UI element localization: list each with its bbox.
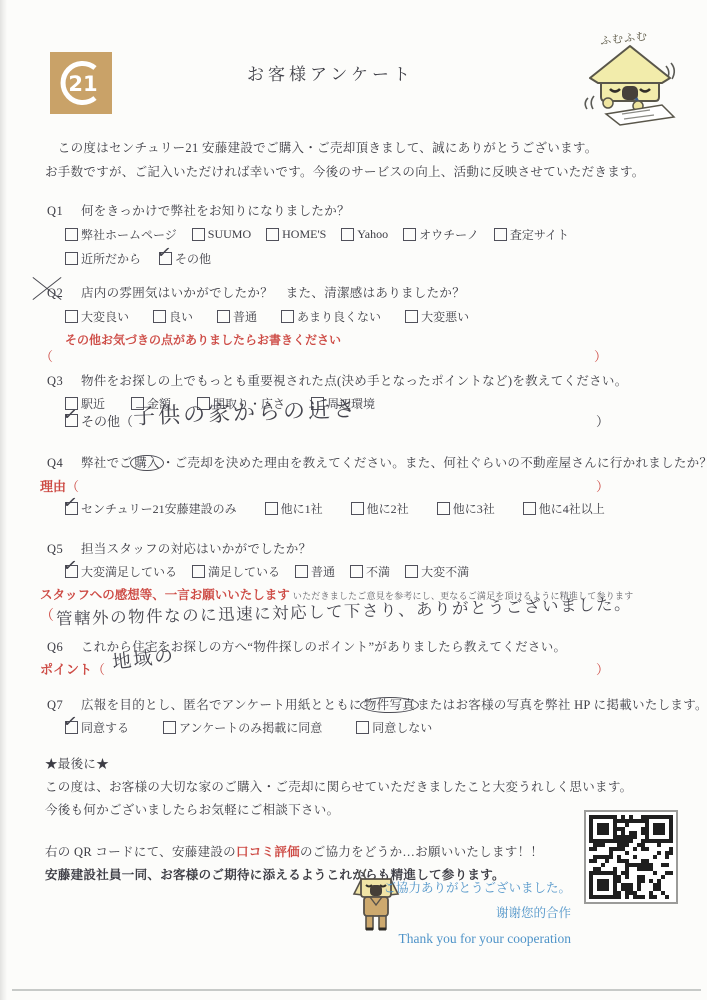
handwritten-check-mark: ✓ — [62, 713, 78, 732]
q1-opt-label: Yahoo — [357, 227, 388, 242]
q5-checkbox-very-unsatisfied[interactable] — [405, 565, 418, 578]
survey-page: 21 お客様アンケート ふむふむ この度はセンチュリー21 安藤建設でご購入・ご… — [0, 0, 707, 1000]
q3-question: Q3物件をお探しの上でもっとも重要視された点(決め手となったポイントなど)を教え… — [47, 371, 628, 389]
q4-question: Q4弊社でご購入・ご売却を決めた理由を教えてください。また、何社ぐらいの不動産屋… — [47, 453, 707, 471]
qr-code — [584, 810, 678, 904]
q7-opt-agree[interactable]: ✓同意する — [65, 719, 129, 736]
q4-opt-1-other[interactable]: 他に1社 — [265, 500, 323, 517]
q2-opt-label: 大変良い — [81, 308, 129, 325]
q3-paren-open: （ — [120, 411, 133, 430]
q7-opt-label: アンケートのみ掲載に同意 — [179, 719, 322, 736]
thanks-chinese: 谢谢您的合作 — [383, 901, 571, 926]
q1-question: Q1何をきっかけで弊社をお知りになりましたか？ — [47, 201, 350, 219]
q5-opt-label: 満足している — [208, 563, 280, 580]
q5-opt-very-unsatisfied[interactable]: 大変不満 — [405, 563, 469, 580]
q2-opt-normal[interactable]: 普通 — [217, 308, 257, 325]
q1-opt-ouchino[interactable]: オウチーノ — [403, 226, 479, 243]
q4-opt-label: 他に2社 — [367, 500, 409, 517]
q5-opt-satisfied[interactable]: 満足している — [192, 563, 280, 580]
q5-options: ✓大変満足している 満足している 普通 不満 大変不満 — [65, 563, 469, 580]
q1-opt-homes[interactable]: HOME'S — [266, 227, 326, 242]
q5-opt-label: 大変不満 — [421, 563, 469, 580]
q4-reason-line[interactable]: 理由（ ） — [40, 476, 609, 495]
q2-options: 大変良い 良い 普通 あまり良くない 大変悪い — [65, 308, 469, 325]
q1-opt-label: 査定サイト — [510, 226, 569, 243]
q1-options-row1: 弊社ホームページ SUUMO HOME'S Yahoo オウチーノ 査定サイト — [65, 226, 569, 243]
q1-opt-homepage[interactable]: 弊社ホームページ — [65, 226, 177, 243]
q1-checkbox-neighborhood[interactable] — [65, 252, 78, 265]
q7-checkbox-agree[interactable]: ✓ — [65, 721, 78, 734]
q1-checkbox-ouchino[interactable] — [403, 228, 416, 241]
q2-opt-verygood[interactable]: 大変良い — [65, 308, 129, 325]
q4-opt-label: 他に3社 — [453, 500, 495, 517]
q5-question: Q5担当スタッフの対応はいかがでしたか？ — [47, 539, 311, 557]
q1-opt-label: 弊社ホームページ — [81, 226, 177, 243]
handwritten-check-mark: ✓ — [62, 494, 78, 513]
q7-opt-label: 同意しない — [372, 719, 432, 736]
qr-line1-pre: 右の QR コードにて、安藤建設の — [45, 845, 236, 859]
q1-label: Q1 — [47, 204, 81, 219]
intro-line-2: お手数ですが、ご記入いただければ幸いです。今後のサービスの向上、活動に反映させて… — [45, 161, 655, 185]
q1-checkbox-satei[interactable] — [494, 228, 507, 241]
closing-block: ★最後に★ この度は、お客様の大切な家のご購入・ご売却に関らせていただきましたこ… — [45, 753, 632, 822]
q4-reason-label: 理由 — [40, 479, 66, 494]
q4-options: ✓センチュリー21安藤建設のみ 他に1社 他に2社 他に3社 他に4社以上 — [65, 500, 605, 517]
thanks-block: ご協力ありがとうございました。 谢谢您的合作 Thank you for you… — [383, 876, 571, 951]
q7-circle-annotation: 物件写真 — [360, 697, 419, 713]
house-mascot-writing-icon — [578, 40, 682, 131]
q4-opt-only-ando[interactable]: ✓センチュリー21安藤建設のみ — [65, 500, 237, 517]
q4-opt-label: 他に4社以上 — [539, 500, 605, 517]
handwritten-check-mark: ✓ — [62, 406, 78, 425]
q2-checkbox-verybad[interactable] — [405, 310, 418, 323]
qr-line1-post: のご協力をどうか…お願いいたします！！ — [300, 845, 543, 859]
q7-text-post: またはお客様の写真を弊社 HP に掲載いたします。 — [417, 698, 707, 712]
q2-checkbox-normal[interactable] — [217, 310, 230, 323]
q1-checkbox-homepage[interactable] — [65, 228, 78, 241]
q7-opt-disagree[interactable]: 同意しない — [356, 719, 432, 736]
q3-paren-close: ） — [596, 411, 609, 430]
q5-checkbox-very-satisfied[interactable]: ✓ — [65, 565, 78, 578]
q5-opt-very-satisfied[interactable]: ✓大変満足している — [65, 563, 177, 580]
q1-options-row2: 近所だから ✓その他 — [65, 250, 211, 267]
q1-opt-label: SUUMO — [208, 227, 251, 242]
q1-opt-other[interactable]: ✓その他 — [159, 250, 211, 267]
q4-opt-2-other[interactable]: 他に2社 — [351, 500, 409, 517]
q2-checkbox-good[interactable] — [153, 310, 166, 323]
q2-paren-close: ） — [594, 346, 607, 365]
q2-answer-parens[interactable]: （ ） — [40, 346, 607, 365]
closing-line-1: この度は、お客様の大切な家のご購入・ご売却に関らせていただきましたこと大変うれし… — [45, 776, 632, 799]
q2-opt-good[interactable]: 良い — [153, 308, 193, 325]
q4-checkbox-3-other[interactable] — [437, 502, 450, 515]
handwritten-check-mark: ✓ — [156, 244, 172, 263]
q6-point-open: ポイント（ — [40, 659, 105, 678]
handwritten-check-mark: ✓ — [62, 557, 78, 576]
q2-opt-notgood[interactable]: あまり良くない — [281, 308, 381, 325]
q5-opt-label: 不満 — [366, 563, 390, 580]
intro-line-1: この度はセンチュリー21 安藤建設でご購入・ご売却頂きまして、誠にありがとうござ… — [45, 137, 655, 161]
q5-opt-label: 大変満足している — [81, 563, 177, 580]
q1-checkbox-suumo[interactable] — [192, 228, 205, 241]
thanks-english: Thank you for your cooperation — [383, 926, 571, 951]
intro-paragraph: この度はセンチュリー21 安藤建設でご購入・ご売却頂きまして、誠にありがとうござ… — [45, 137, 655, 184]
q1-opt-label: オウチーノ — [419, 226, 479, 243]
q3-label: Q3 — [47, 374, 81, 389]
q2-paren-open: （ — [40, 346, 53, 365]
q4-text-post: ・ご売却を決めた理由を教えてください。また、何社ぐらいの不動産屋さんに行かれまし… — [162, 456, 707, 470]
scan-edge-line — [12, 989, 701, 991]
q3-opt-other[interactable]: ✓その他（ — [65, 411, 133, 430]
q6-point-label: ポイント — [40, 662, 92, 677]
q7-opt-survey-only[interactable]: アンケートのみ掲載に同意 — [163, 719, 322, 736]
q5-checkbox-satisfied[interactable] — [192, 565, 205, 578]
q2-text: 店内の雰囲気はいかがでしたか？ また、清潔感はありましたか？ — [81, 286, 465, 300]
q2-opt-label: 良い — [169, 308, 193, 325]
q2-opt-label: 大変悪い — [421, 308, 469, 325]
q3-opt-label: 駅近 — [81, 395, 105, 412]
q3-opt-label: その他 — [81, 411, 120, 430]
q5-opt-normal[interactable]: 普通 — [295, 563, 335, 580]
q1-opt-satei[interactable]: 査定サイト — [494, 226, 569, 243]
q2-crossout-mark — [31, 276, 63, 303]
q4-reason-open: 理由（ — [40, 476, 79, 495]
q4-checkbox-2-other[interactable] — [351, 502, 364, 515]
q2-question: Q2店内の雰囲気はいかがでしたか？ また、清潔感はありましたか？ — [47, 283, 465, 301]
q4-opt-4plus-other[interactable]: 他に4社以上 — [523, 500, 605, 517]
q5-text: 担当スタッフの対応はいかがでしたか？ — [81, 542, 311, 556]
q2-opt-verybad[interactable]: 大変悪い — [405, 308, 469, 325]
q4-paren-close: ） — [596, 476, 609, 495]
q4-checkbox-1-other[interactable] — [265, 502, 278, 515]
q1-opt-label: HOME'S — [282, 227, 326, 242]
page-title: お客様アンケート — [0, 60, 661, 85]
closing-header: ★最後に★ — [45, 753, 632, 776]
q4-checkbox-only-ando[interactable]: ✓ — [65, 502, 78, 515]
q3-checkbox-other[interactable]: ✓ — [65, 414, 78, 427]
q7-text: 広報を目的とし、匿名でアンケート用紙とともに物件写真またはお客様の写真を弊社 H… — [81, 698, 707, 712]
q6-paren-open: （ — [92, 662, 105, 677]
q1-checkbox-homes[interactable] — [266, 228, 279, 241]
q3-text: 物件をお探しの上でもっとも重要視された点(決め手となったポイントなど)を教えてく… — [81, 374, 628, 388]
q1-opt-yahoo[interactable]: Yahoo — [341, 227, 388, 242]
q4-checkbox-4plus-other[interactable] — [523, 502, 536, 515]
q1-checkbox-yahoo[interactable] — [341, 228, 354, 241]
q7-text-pre: 広報を目的とし、匿名でアンケート用紙とともに — [81, 698, 362, 712]
closing-line-2: 今後も何かございましたらお気軽にご相談下さい。 — [45, 799, 632, 822]
q5-opt-label: 普通 — [311, 563, 335, 580]
q7-question: Q7広報を目的とし、匿名でアンケート用紙とともに物件写真またはお客様の写真を弊社… — [47, 695, 707, 713]
qr-line1-highlight: 口コミ評価 — [236, 845, 300, 859]
q7-checkbox-disagree[interactable] — [356, 721, 369, 734]
q5-checkbox-normal[interactable] — [295, 565, 308, 578]
qr-request-line-1: 右の QR コードにて、安藤建設の口コミ評価のご協力をどうか…お願いいたします！… — [45, 841, 543, 864]
q2-checkbox-verygood[interactable] — [65, 310, 78, 323]
q4-text-pre: 弊社でご — [81, 456, 132, 470]
q1-opt-suumo[interactable]: SUUMO — [192, 227, 251, 242]
q1-text: 何をきっかけで弊社をお知りになりましたか？ — [81, 204, 350, 218]
q4-opt-label: センチュリー21安藤建設のみ — [81, 500, 237, 517]
thanks-japanese: ご協力ありがとうございました。 — [383, 876, 571, 901]
q2-opt-label: あまり良くない — [297, 308, 381, 325]
q4-circle-annotation: 購入 — [130, 455, 164, 471]
q1-opt-neighborhood[interactable]: 近所だから — [65, 250, 141, 267]
q2-checkbox-notgood[interactable] — [281, 310, 294, 323]
q6-label: Q6 — [47, 640, 81, 655]
qr-code-grid — [589, 815, 673, 899]
q7-options: ✓同意する アンケートのみ掲載に同意 同意しない — [65, 719, 432, 736]
q6-paren-close: ） — [596, 659, 609, 678]
q1-checkbox-other[interactable]: ✓ — [159, 252, 172, 265]
q2-opt-label: 普通 — [233, 308, 257, 325]
q4-opt-3-other[interactable]: 他に3社 — [437, 500, 495, 517]
q4-opt-label: 他に1社 — [281, 500, 323, 517]
q5-comment-paren-open[interactable]: （ — [40, 605, 54, 625]
q4-text: 弊社でご購入・ご売却を決めた理由を教えてください。また、何社ぐらいの不動産屋さん… — [81, 456, 707, 470]
q7-opt-label: 同意する — [81, 719, 129, 736]
q1-opt-label: 近所だから — [81, 250, 141, 267]
q1-opt-label: その他 — [175, 250, 211, 267]
q5-opt-unsatisfied[interactable]: 不満 — [350, 563, 390, 580]
q5-checkbox-unsatisfied[interactable] — [350, 565, 363, 578]
q4-label: Q4 — [47, 456, 81, 471]
q7-checkbox-survey-only[interactable] — [163, 721, 176, 734]
